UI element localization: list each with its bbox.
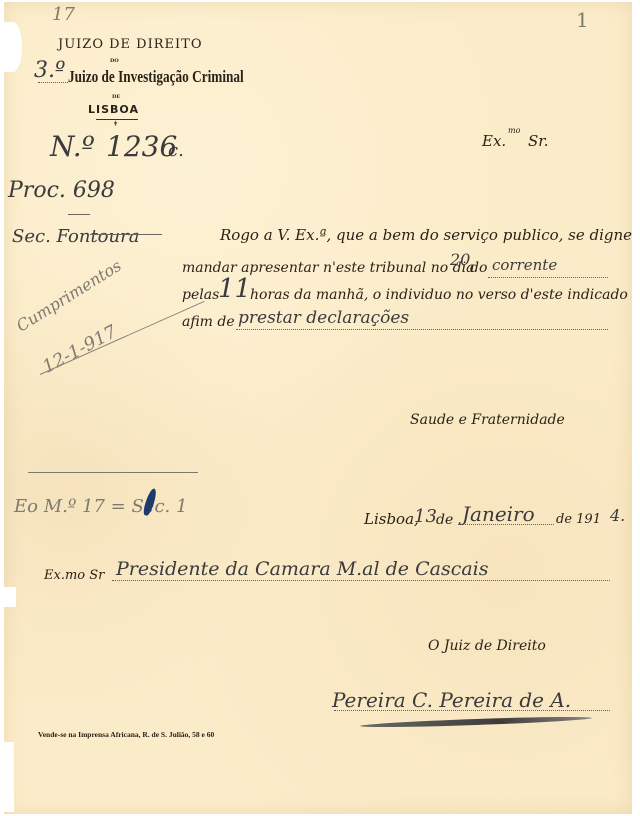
- reference-prefix: N.º: [50, 130, 95, 163]
- purpose-field-rule: [236, 329, 608, 330]
- reference-value: 1236: [106, 130, 177, 163]
- pencil-page-mark-left: 17: [52, 4, 75, 25]
- body-line-2-de: do: [470, 260, 487, 276]
- date-de-1: de: [436, 512, 453, 528]
- date-day: 13: [414, 506, 437, 527]
- date-month-rule: [458, 524, 554, 525]
- letterhead-line-5: LISBOA: [88, 103, 139, 116]
- signature-rule: [334, 710, 610, 711]
- reference-suffix: c.: [168, 140, 184, 161]
- margin-note-rule: [68, 214, 90, 215]
- signature-title: O Juiz de Direito: [428, 638, 546, 654]
- letterhead-line-1: JUIZO DE DIREITO: [58, 37, 202, 52]
- signature-flourish: [360, 715, 592, 729]
- lower-note-loop: [28, 472, 198, 473]
- letterhead-line-2: DO: [110, 58, 119, 64]
- document-page: 17 1 JUIZO DE DIREITO DO 3.º Juizo de In…: [4, 2, 632, 814]
- addressee-label: Ex.mo Sr: [44, 568, 104, 583]
- date-place: Lisboa,: [364, 510, 419, 528]
- purpose-field: prestar declarações: [238, 308, 409, 328]
- month-field-rule: [488, 277, 608, 278]
- letterhead-ornament: ǂ: [114, 120, 117, 128]
- month-field: corrente: [492, 256, 557, 274]
- printer-imprint: Vende-se na Imprensa Africana, R. de S. …: [38, 730, 214, 739]
- body-line-4-printed: afim de: [182, 314, 235, 330]
- addressee-rule: [112, 580, 610, 581]
- hour-field: 11: [218, 274, 251, 304]
- lower-margin-note: Eo M.º 17 = Sec. 1: [14, 496, 187, 517]
- body-line-3-a: pelas: [182, 287, 219, 303]
- letterhead-line-4: DE: [112, 94, 120, 100]
- date-year-digit: 4.: [610, 506, 625, 525]
- salutation-sup: mo: [508, 126, 520, 135]
- margin-note-underline: [90, 234, 162, 235]
- pencil-page-mark-right: 1: [576, 8, 589, 32]
- torn-edge: [4, 742, 14, 812]
- margin-note-proc: Proc. 698: [8, 178, 115, 203]
- salutation-sr: Sr.: [528, 132, 549, 150]
- day-field: 20: [450, 250, 470, 269]
- pencil-stroke: [40, 301, 205, 375]
- date-de-2: de 191: [556, 512, 601, 527]
- body-line-1: Rogo a V. Ex.ª, que a bem do serviço pub…: [220, 226, 632, 244]
- court-number-rule: [38, 82, 68, 83]
- judge-signature: Pereira C. Pereira de A.: [332, 688, 571, 712]
- torn-edge: [4, 587, 16, 607]
- addressee-name: Presidente da Camara M.al de Cascais: [116, 558, 489, 580]
- closing-greeting: Saude e Fraternidade: [410, 412, 565, 428]
- court-number-handwritten: 3.º: [34, 58, 65, 83]
- margin-note-sec: Sec. Fontoura: [12, 226, 139, 247]
- body-line-3-b: horas da manhã, o individuo no verso d'e…: [250, 287, 628, 303]
- date-month: Janeiro: [462, 502, 535, 526]
- letterhead-line-3: Juizo de Investigação Criminal: [68, 67, 244, 87]
- torn-edge: [4, 22, 22, 72]
- salutation-ex: Ex.: [482, 132, 506, 150]
